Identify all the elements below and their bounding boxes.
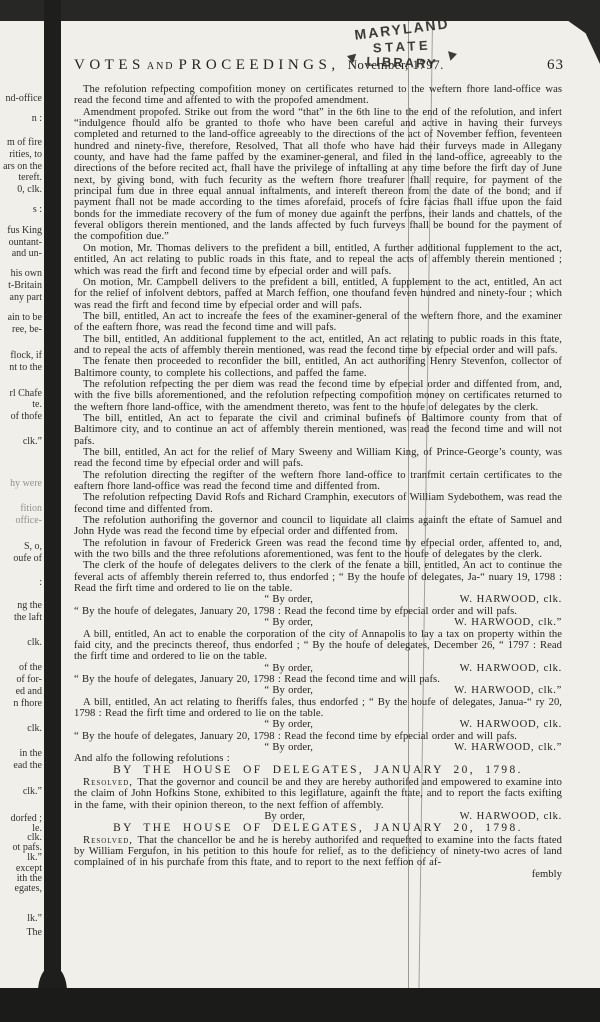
paragraph: Resolved, That the chancellor be and he …	[74, 835, 562, 869]
margin-fragment: clk.”	[1, 786, 42, 797]
library-stamp: MARYLAND STATE LIBRARY	[337, 21, 467, 70]
margin-fragment: ountant-	[1, 237, 42, 248]
margin-fragment: clk.	[1, 637, 42, 648]
margin-fragment: m of fire	[1, 137, 42, 148]
clerk-signature: W. HARWOOD, clk.	[460, 811, 562, 822]
margin-fragment: clk.	[1, 723, 42, 734]
clerk-signature: W. HARWOOD, clk.	[460, 663, 562, 674]
margin-fragment: and un-	[1, 248, 42, 259]
paragraph: A bill, entitled, An act to enable the c…	[74, 629, 562, 663]
margin-fragment: S, o,	[1, 541, 42, 552]
paragraph: Resolved, That the governor and council …	[74, 777, 562, 811]
margin-fragment: lk.”	[1, 852, 42, 863]
paragraph: The bill, entitled, An act to increafe t…	[74, 311, 562, 334]
paragraph: Amendment propofed. Strike out from the …	[74, 107, 562, 243]
resolved-lead: Resolved,	[83, 777, 137, 788]
margin-fragment: fus King	[1, 225, 42, 236]
margin-fragment: The	[1, 927, 42, 938]
margin-fragment: ed and	[1, 686, 42, 697]
clerk-signature: W. HARWOOD, clk.	[460, 719, 562, 730]
margin-fragment: oufe of	[1, 553, 42, 564]
book-gutter-shadow	[44, 0, 61, 1022]
clerk-signature: W. HARWOOD, clk.”	[454, 742, 562, 753]
by-order-label: “ By order,	[264, 594, 313, 605]
margin-fragment: flock, if	[1, 350, 42, 361]
paragraph: The fenate then proceeded to reconfider …	[74, 356, 562, 379]
margin-fragment: the laft	[1, 612, 42, 623]
margin-fragment: 0, clk.	[1, 184, 42, 195]
header-title: VOTES	[74, 57, 145, 74]
margin-fragment: lk.”	[1, 913, 42, 924]
text-column: The refolution refpecting compofition mo…	[74, 84, 562, 880]
paragraph: The bill, entitled, An act to feparate t…	[74, 413, 562, 447]
margin-fragment: rl Chafe	[1, 388, 42, 399]
scanned-document-page: nd-officen :m of firerities, toars on th…	[0, 0, 600, 1022]
paragraph: And alfo the following refolutions :	[74, 753, 562, 764]
margin-fragment: ree, be-	[1, 324, 42, 335]
paragraph: “ By the houfe of delegates, January 20,…	[74, 674, 562, 685]
clerk-signature: W. HARWOOD, clk.”	[454, 685, 562, 696]
margin-fragment: ain to be	[1, 312, 42, 323]
header-title-and: AND	[147, 61, 175, 72]
by-order-line: “ By order,W. HARWOOD, clk.	[74, 594, 562, 605]
margin-fragment: s :	[1, 204, 42, 215]
page-number: 63	[547, 57, 564, 74]
margin-fragment: any part	[1, 292, 42, 303]
stamp-line: LIBRARY	[337, 53, 467, 73]
by-order-label: “ By order,	[264, 742, 313, 753]
by-order-label: “ By order,	[264, 685, 313, 696]
margin-fragment: t-Britain	[1, 280, 42, 291]
margin-fragment: tereft.	[1, 172, 42, 183]
margin-fragment: nd-office	[1, 93, 42, 104]
paragraph: On motion, Mr. Thomas delivers to the pr…	[74, 243, 562, 277]
house-of-delegates-heading: BY THE HOUSE OF DELEGATES, JANUARY 20, 1…	[74, 765, 562, 776]
scan-edge-corner	[564, 20, 600, 64]
clerk-signature: W. HARWOOD, clk.”	[454, 617, 562, 628]
by-order-line: “ By order,W. HARWOOD, clk.”	[74, 617, 562, 628]
margin-fragment: :	[1, 577, 42, 588]
paragraph: The refolution directing the regifter of…	[74, 470, 562, 493]
margin-fragment: his own	[1, 268, 42, 279]
paragraph: The bill, entitled, An act for the relie…	[74, 447, 562, 470]
by-order-line: “ By order,W. HARWOOD, clk.	[74, 663, 562, 674]
by-order-label: “ By order,	[264, 719, 313, 730]
paragraph: The refolution authorifing the governor …	[74, 515, 562, 538]
paragraph: The bill, entitled, An additional fupple…	[74, 334, 562, 357]
margin-fragment: ead the	[1, 760, 42, 771]
by-order-label: “ By order,	[264, 663, 313, 674]
header-title-2: PROCEEDINGS,	[179, 57, 340, 74]
margin-fragment: rities, to	[1, 149, 42, 160]
paragraph: The refolution refpecting the per diem w…	[74, 379, 562, 413]
margin-fragment: office-	[1, 515, 42, 526]
paragraph: On motion, Mr. Campbell delivers to the …	[74, 277, 562, 311]
margin-fragment: fition	[1, 503, 42, 514]
margin-column: nd-officen :m of firerities, toars on th…	[0, 0, 43, 1022]
running-header: VOTES AND PROCEEDINGS, November, 1797. 6…	[74, 57, 564, 74]
resolved-lead: Resolved,	[83, 835, 137, 846]
margin-fragment: n fhore	[1, 698, 42, 709]
paragraph: A bill, entitled, An act relating to fhe…	[74, 697, 562, 720]
by-order-line: “ By order,W. HARWOOD, clk.”	[74, 685, 562, 696]
house-of-delegates-heading: BY THE HOUSE OF DELEGATES, JANUARY 20, 1…	[74, 823, 562, 834]
by-order-line: By order,W. HARWOOD, clk.	[74, 811, 562, 822]
paragraph: The refolution refpecting David Rofs and…	[74, 492, 562, 515]
scan-edge-top	[0, 0, 600, 21]
paragraph: “ By the houfe of delegates, January 20,…	[74, 731, 562, 742]
margin-fragment: in the	[1, 748, 42, 759]
margin-fragment: hy were	[1, 478, 42, 489]
paragraph: The refolution in favour of Frederick Gr…	[74, 538, 562, 561]
margin-fragment: n :	[1, 113, 42, 124]
margin-fragment: nt to the	[1, 362, 42, 373]
paragraph: The clerk of the houfe of delegates deli…	[74, 560, 562, 594]
margin-fragment: clk.”	[1, 436, 42, 447]
margin-fragment: of for-	[1, 674, 42, 685]
catchword: fembly	[74, 869, 562, 880]
clerk-signature: W. HARWOOD, clk.	[460, 594, 562, 605]
paragraph: The refolution refpecting compofition mo…	[74, 84, 562, 107]
margin-fragment: ng the	[1, 600, 42, 611]
scan-edge-bottom	[0, 988, 600, 1022]
margin-fragment: te.	[1, 399, 42, 410]
margin-fragment: egates,	[1, 883, 42, 894]
by-order-line: “ By order,W. HARWOOD, clk.	[74, 719, 562, 730]
margin-fragment: of the	[1, 662, 42, 673]
margin-fragment: ars on the	[1, 161, 42, 172]
by-order-label: By order,	[264, 811, 305, 822]
by-order-line: “ By order,W. HARWOOD, clk.”	[74, 742, 562, 753]
margin-fragment: of thofe	[1, 411, 42, 422]
paragraph: “ By the houfe of delegates, January 20,…	[74, 606, 562, 617]
by-order-label: “ By order,	[264, 617, 313, 628]
